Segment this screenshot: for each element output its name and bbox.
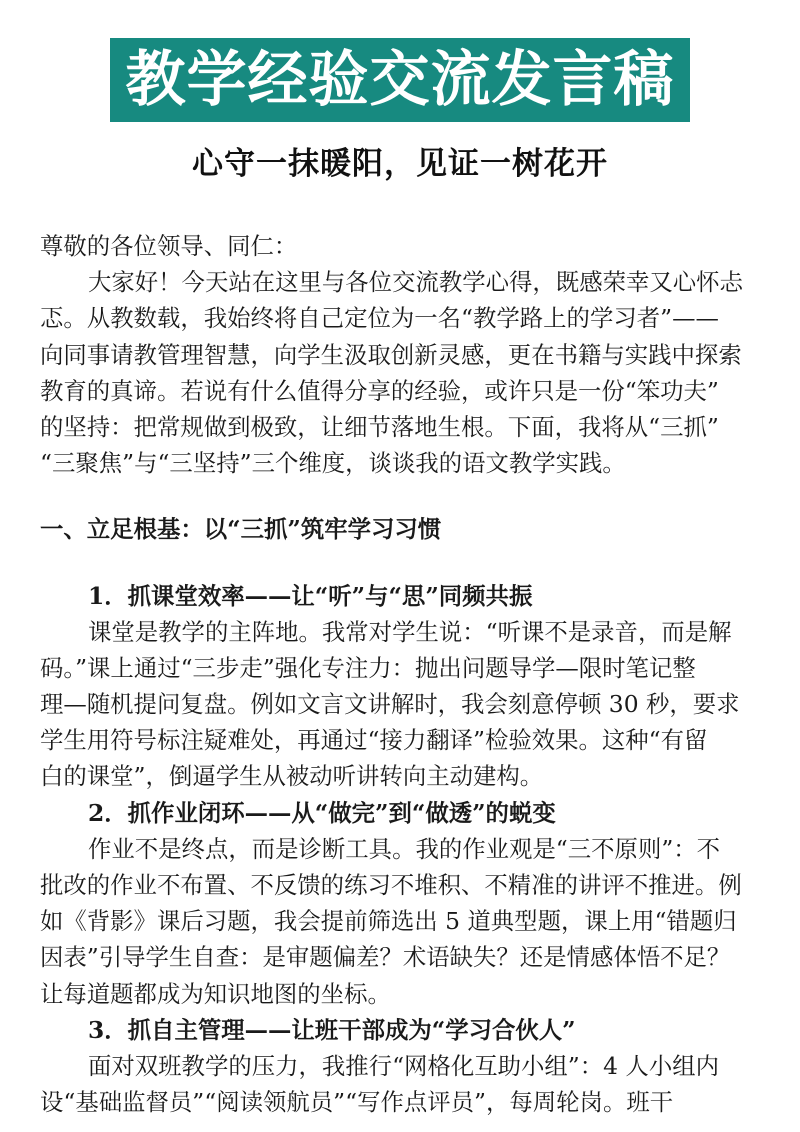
- paragraph-line: 作业不是终点，而是诊断工具。我的作业观是“三不原则”：不: [40, 831, 764, 867]
- paragraph-line: 面对双班教学的压力，我推行“网格化互助小组”：4 人小组内: [40, 1048, 764, 1084]
- item-title: 1．抓课堂效率——让“听”与“思”同频共振: [40, 578, 764, 614]
- intro-line: 大家好！今天站在这里与各位交流教学心得，既感荣幸又心怀忐: [40, 264, 764, 300]
- paragraph-line: 课堂是教学的主阵地。我常对学生说：“听课不是录音，而是解: [40, 614, 764, 650]
- paragraph-line: 白的课堂”，倒逼学生从被动听讲转向主动建构。: [40, 758, 764, 794]
- intro-line: 的坚持：把常规做到极致，让细节落地生根。下面，我将从“三抓”: [40, 409, 764, 445]
- intro-line: 忑。从教数载，我始终将自己定位为一名“教学路上的学习者”——: [40, 300, 764, 336]
- intro-line: 向同事请教管理智慧，向学生汲取创新灵感，更在书籍与实践中探索: [40, 337, 764, 373]
- paragraph-line: 理—随机提问复盘。例如文言文讲解时，我会刻意停顿 30 秒，要求: [40, 686, 764, 722]
- item-title: 2．抓作业闭环——从“做完”到“做透”的蜕变: [40, 795, 764, 831]
- intro-line: “三聚焦”与“三坚持”三个维度，谈谈我的语文教学实践。: [40, 445, 764, 481]
- item-title: 3．抓自主管理——让班干部成为“学习合伙人”: [40, 1012, 764, 1048]
- document-title: 教学经验交流发言稿: [126, 50, 675, 110]
- salutation: 尊敬的各位领导、同仁：: [40, 228, 764, 264]
- intro-line: 教育的真谛。若说有什么值得分享的经验，或许只是一份“笨功夫”: [40, 373, 764, 409]
- paragraph-line: 如《背影》课后习题，我会提前筛选出 5 道典型题，课上用“错题归: [40, 903, 764, 939]
- section-heading: 一、立足根基：以“三抓”筑牢学习习惯: [40, 511, 764, 547]
- paragraph-line: 码。”课上通过“三步走”强化专注力：抛出问题导学—限时笔记整: [40, 650, 764, 686]
- paragraph-line: 批改的作业不布置、不反馈的练习不堆积、不精准的讲评不推进。例: [40, 867, 764, 903]
- paragraph-line: 学生用符号标注疑难处，再通过“接力翻译”检验效果。这种“有留: [40, 722, 764, 758]
- paragraph-line: 让每道题都成为知识地图的坐标。: [40, 976, 764, 1012]
- title-banner: 教学经验交流发言稿: [110, 38, 690, 122]
- paragraph-line: 设“基础监督员”“阅读领航员”“写作点评员”，每周轮岗。班干: [40, 1084, 764, 1120]
- document-subtitle: 心守一抹暖阳，见证一树花开: [0, 138, 800, 183]
- paragraph-line: 因表”引导学生自查：是审题偏差？术语缺失？还是情感体悟不足？: [40, 939, 764, 975]
- document-body: 尊敬的各位领导、同仁： 大家好！今天站在这里与各位交流教学心得，既感荣幸又心怀忐…: [40, 228, 764, 1120]
